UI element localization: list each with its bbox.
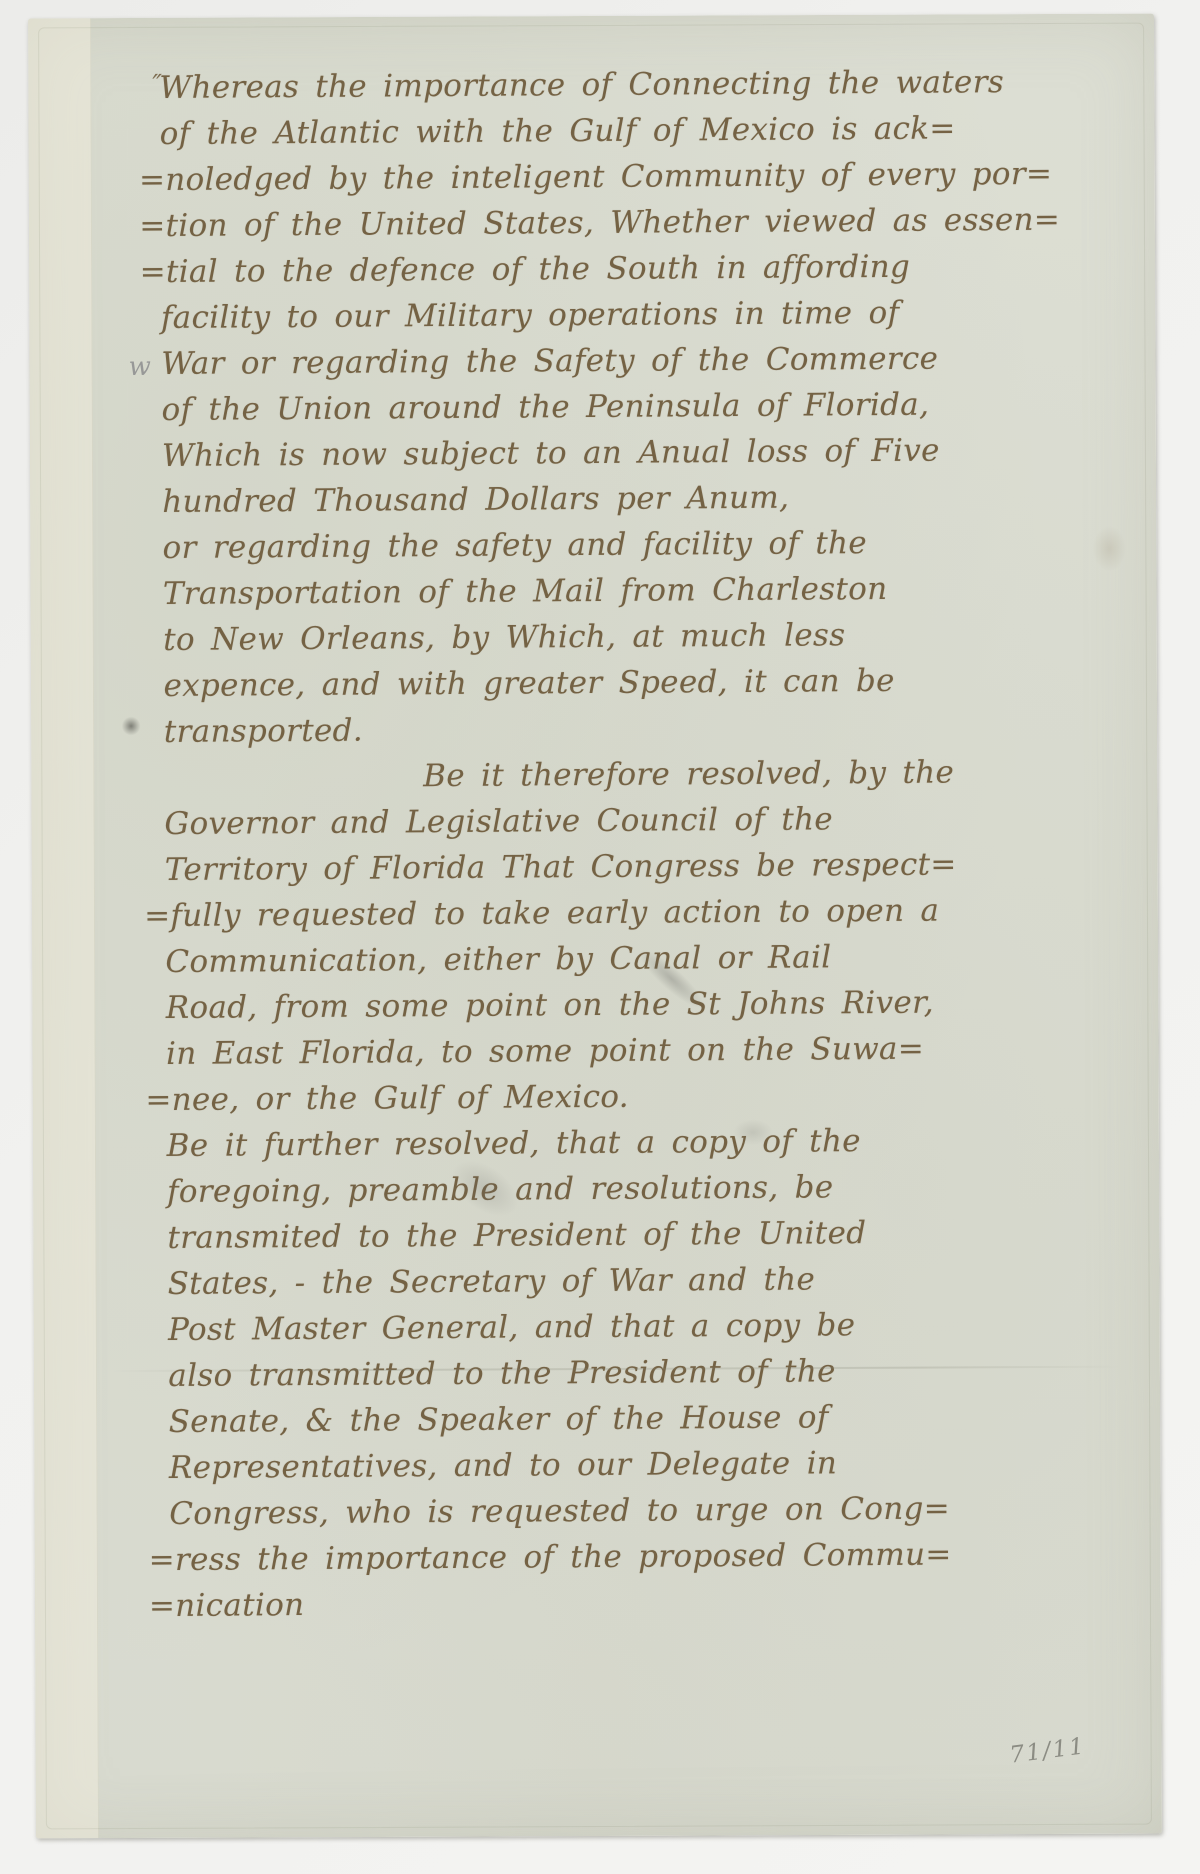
manuscript-line: transported. (31, 702, 1157, 756)
manuscript-line: Transportation of the Mail from Charlest… (30, 564, 1156, 618)
manuscript-line: Governor and Legislative Council of the (31, 794, 1157, 848)
manuscript-line: Be it therefore resolved, by the (31, 748, 1157, 802)
manuscript-line: =fully requested to take early action to… (32, 886, 1158, 940)
manuscript-line: Which is now subject to an Anual loss of… (29, 426, 1155, 480)
manuscript-text: Whereas the importance of Connecting the… (26, 58, 1163, 1630)
manuscript-line: =noledged by the inteligent Community of… (27, 150, 1153, 204)
manuscript-line: hundred Thousand Dollars per Anum, (29, 472, 1155, 526)
manuscript-line: States, - the Secretary of War and the (35, 1254, 1161, 1308)
manuscript-line: =tial to the defence of the South in aff… (27, 242, 1153, 296)
manuscript-line: expence, and with greater Speed, it can … (30, 656, 1156, 710)
manuscript-line: =tion of the United States, Whether view… (27, 196, 1153, 250)
manuscript-line: Representatives, and to our Delegate in (36, 1438, 1162, 1492)
manuscript-line: War or regarding the Safety of the Comme… (28, 334, 1154, 388)
manuscript-line: in East Florida, to some point on the Su… (33, 1024, 1159, 1078)
manuscript-line: also transmitted to the President of the (35, 1346, 1161, 1400)
manuscript-line: Whereas the importance of Connecting the… (26, 58, 1152, 112)
manuscript-line: Congress, who is requested to urge on Co… (36, 1484, 1162, 1538)
manuscript-line: Post Master General, and that a copy be (35, 1300, 1161, 1354)
manuscript-line: facility to our Military operations in t… (28, 288, 1154, 342)
manuscript-line: =nee, or the Gulf of Mexico. (33, 1070, 1159, 1124)
manuscript-line: to New Orleans, by Which, at much less (30, 610, 1156, 664)
manuscript-line: Communication, either by Canal or Rail (32, 932, 1158, 986)
pencil-notation: 71/11 (1008, 1733, 1087, 1768)
manuscript-page: ″ w Whereas the importance of Connecting… (28, 14, 1162, 1839)
manuscript-line: Road, from some point on the St Johns Ri… (33, 978, 1159, 1032)
manuscript-line: Territory of Florida That Congress be re… (32, 840, 1158, 894)
manuscript-line: =nication (37, 1576, 1163, 1630)
manuscript-line: Be it further resolved, that a copy of t… (34, 1116, 1160, 1170)
manuscript-line: transmited to the President of the Unite… (34, 1208, 1160, 1262)
manuscript-line: =ress the importance of the proposed Com… (36, 1530, 1162, 1584)
manuscript-line: of the Atlantic with the Gulf of Mexico … (27, 104, 1153, 158)
manuscript-line: Senate, & the Speaker of the House of (36, 1392, 1162, 1446)
document-scan: ″ w Whereas the importance of Connecting… (0, 0, 1200, 1874)
manuscript-line: foregoing, preamble and resolutions, be (34, 1162, 1160, 1216)
manuscript-line: of the Union around the Peninsula of Flo… (28, 380, 1154, 434)
manuscript-line: or regarding the safety and facility of … (29, 518, 1155, 572)
